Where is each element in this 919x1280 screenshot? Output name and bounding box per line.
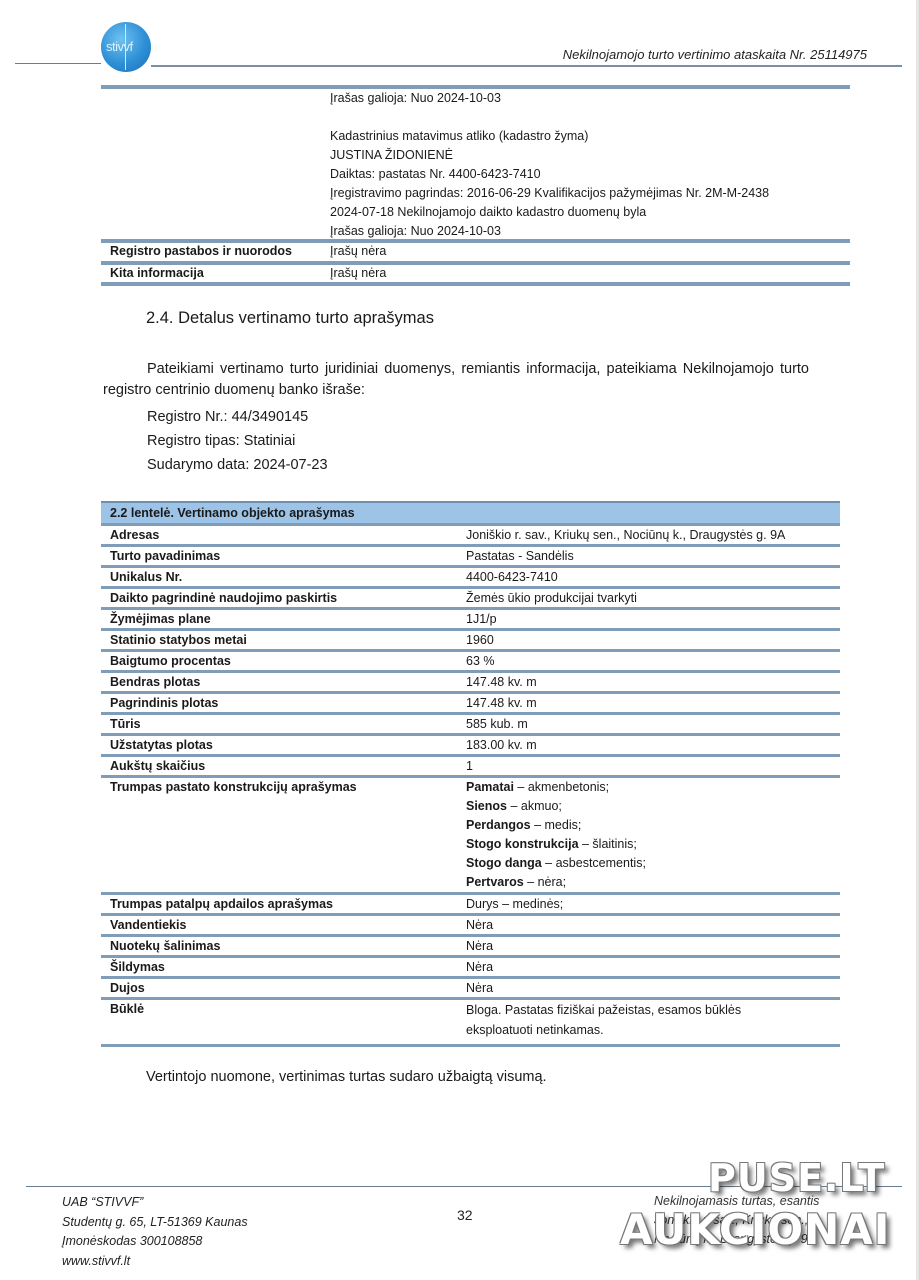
cadastre-block: Kadastrinius matavimus atliko (kadastro … (330, 127, 769, 241)
page-number: 32 (457, 1207, 473, 1223)
table-row: Daikto pagrindinė naudojimo paskirtisŽem… (101, 589, 840, 610)
record-valid-line: Įrašas galioja: Nuo 2024-10-03 (330, 89, 501, 108)
row-label: Užstatytas plotas (101, 736, 466, 754)
row-label: Pagrindinis plotas (101, 694, 466, 712)
row-value: Durys – medinės; (466, 895, 840, 913)
row-label: Dujos (101, 979, 466, 997)
cadastre-line: Daiktas: pastatas Nr. 4400-6423-7410 (330, 165, 769, 184)
row-value: 4400-6423-7410 (466, 568, 840, 586)
row-label: Statinio statybos metai (101, 631, 466, 649)
footer-code: Įmonėskodas 300108858 (62, 1232, 248, 1252)
row-value: Joniškio r. sav., Kriukų sen., Nociūnų k… (466, 526, 840, 544)
row-value: Nėra (466, 979, 840, 997)
cadastre-line: 2024-07-18 Nekilnojamojo daikto kadastro… (330, 203, 769, 222)
object-description-table: 2.2 lentelė. Vertinamo objekto aprašymas… (101, 501, 840, 1047)
header-divider-right (151, 65, 902, 67)
row-value: Bloga. Pastatas fiziškai pažeistas, esam… (466, 1000, 840, 1044)
report-title: Nekilnojamojo turto vertinimo ataskaita … (563, 47, 867, 62)
construction-item: Stogo konstrukcija – šlaitinis; (466, 835, 840, 854)
table-row: Nuotekų šalinimasNėra (101, 937, 840, 958)
row-label: Turto pavadinimas (101, 547, 466, 565)
construction-material: – šlaitinis; (579, 837, 637, 851)
row-label: Adresas (101, 526, 466, 544)
construction-material: – medis; (531, 818, 582, 832)
company-logo: stivvf (101, 22, 151, 72)
table-row: Turto pavadinimasPastatas - Sandėlis (101, 547, 840, 568)
registry-type: Registro tipas: Statiniai (147, 431, 295, 452)
row-value: Nėra (466, 937, 840, 955)
construction-element: Perdangos (466, 818, 531, 832)
row-label: Tūris (101, 715, 466, 733)
construction-item: Sienos – akmuo; (466, 797, 840, 816)
row-value: 1J1/p (466, 610, 840, 628)
cadastre-line: Kadastrinius matavimus atliko (kadastro … (330, 127, 769, 146)
table-row: Statinio statybos metai1960 (101, 631, 840, 652)
table-caption: 2.2 lentelė. Vertinamo objekto aprašymas (101, 501, 840, 523)
row-label: Aukštų skaičius (101, 757, 466, 775)
construction-material: – asbestcementis; (542, 856, 646, 870)
row-label: Būklė (101, 1000, 466, 1044)
row-value: 585 kub. m (466, 715, 840, 733)
row-label: Šildymas (101, 958, 466, 976)
closing-statement: Vertintojo nuomone, vertinimas turtas su… (146, 1069, 547, 1085)
row-value: 147.48 kv. m (466, 673, 840, 691)
table-row: AdresasJoniškio r. sav., Kriukų sen., No… (101, 523, 840, 547)
row-value: 1960 (466, 631, 840, 649)
construction-item: Stogo danga – asbestcementis; (466, 854, 840, 873)
registry-number: Registro Nr.: 44/3490145 (147, 407, 308, 428)
table-row: ŠildymasNėra (101, 958, 840, 979)
row-value: 63 % (466, 652, 840, 670)
watermark-line-2: AUKCIONAI (620, 1205, 890, 1254)
table-row: Tūris585 kub. m (101, 715, 840, 736)
construction-element: Pertvaros (466, 875, 524, 889)
table-row: Aukštų skaičius1 (101, 757, 840, 778)
logo-text: stivvf (106, 39, 133, 54)
construction-element: Stogo konstrukcija (466, 837, 579, 851)
row-label: Registro pastabos ir nuorodos (110, 242, 292, 261)
row-value: Pastatas - Sandėlis (466, 547, 840, 565)
table-row: Baigtumo procentas63 % (101, 652, 840, 673)
construction-material: – akmuo; (507, 799, 562, 813)
row-value: Nėra (466, 958, 840, 976)
row-value: Nėra (466, 916, 840, 934)
table-row: DujosNėra (101, 979, 840, 1000)
row-value: Įrašų nėra (330, 242, 386, 261)
table-border (101, 282, 850, 286)
table-row: Žymėjimas plane1J1/p (101, 610, 840, 631)
construction-list: Pamatai – akmenbetonis;Sienos – akmuo;Pe… (466, 778, 840, 892)
row-label: Kita informacija (110, 264, 204, 283)
watermark-line-1: PUSE.LT (708, 1156, 885, 1200)
construction-item: Pertvaros – nėra; (466, 873, 840, 892)
construction-material: – akmenbetonis; (514, 780, 609, 794)
creation-date: Sudarymo data: 2024-07-23 (147, 455, 328, 476)
row-label: Daikto pagrindinė naudojimo paskirtis (101, 589, 466, 607)
footer-company: UAB “STIVVF” (62, 1193, 248, 1213)
section-title: 2.4. Detalus vertinamo turto aprašymas (146, 309, 434, 328)
footer-company-info: UAB “STIVVF” Studentų g. 65, LT-51369 Ka… (62, 1193, 248, 1271)
table-border (101, 261, 850, 265)
construction-element: Stogo danga (466, 856, 542, 870)
table-row: VandentiekisNėra (101, 916, 840, 937)
construction-item: Pamatai – akmenbetonis; (466, 778, 840, 797)
row-label: Bendras plotas (101, 673, 466, 691)
construction-item: Perdangos – medis; (466, 816, 840, 835)
row-value: Žemės ūkio produkcijai tvarkyti (466, 589, 840, 607)
table-row: Unikalus Nr.4400-6423-7410 (101, 568, 840, 589)
table-row: Pagrindinis plotas147.48 kv. m (101, 694, 840, 715)
table-row-condition: Būklė Bloga. Pastatas fiziškai pažeistas… (101, 1000, 840, 1047)
row-value: 147.48 kv. m (466, 694, 840, 712)
row-value: 1 (466, 757, 840, 775)
row-label: Žymėjimas plane (101, 610, 466, 628)
footer-website[interactable]: www.stivvf.lt (62, 1252, 248, 1272)
cadastre-line: JUSTINA ŽIDONIENĖ (330, 146, 769, 165)
table-row: Bendras plotas147.48 kv. m (101, 673, 840, 694)
row-label: Nuotekų šalinimas (101, 937, 466, 955)
table-row: Trumpas patalpų apdailos aprašymasDurys … (101, 895, 840, 916)
table-row-construction: Trumpas pastato konstrukcijų aprašymas P… (101, 778, 840, 895)
row-label: Baigtumo procentas (101, 652, 466, 670)
row-label: Trumpas patalpų apdailos aprašymas (101, 895, 466, 913)
intro-paragraph: Pateikiami vertinamo turto juridiniai du… (103, 359, 809, 401)
table-row: Užstatytas plotas183.00 kv. m (101, 736, 840, 757)
construction-material: – nėra; (524, 875, 566, 889)
row-value: Įrašų nėra (330, 264, 386, 283)
row-label: Trumpas pastato konstrukcijų aprašymas (101, 778, 466, 892)
row-label: Vandentiekis (101, 916, 466, 934)
footer-address: Studentų g. 65, LT-51369 Kaunas (62, 1213, 248, 1233)
row-value: 183.00 kv. m (466, 736, 840, 754)
construction-element: Pamatai (466, 780, 514, 794)
construction-element: Sienos (466, 799, 507, 813)
cadastre-line: Įregistravimo pagrindas: 2016-06-29 Kval… (330, 184, 769, 203)
header-divider-left (15, 63, 101, 64)
row-label: Unikalus Nr. (101, 568, 466, 586)
